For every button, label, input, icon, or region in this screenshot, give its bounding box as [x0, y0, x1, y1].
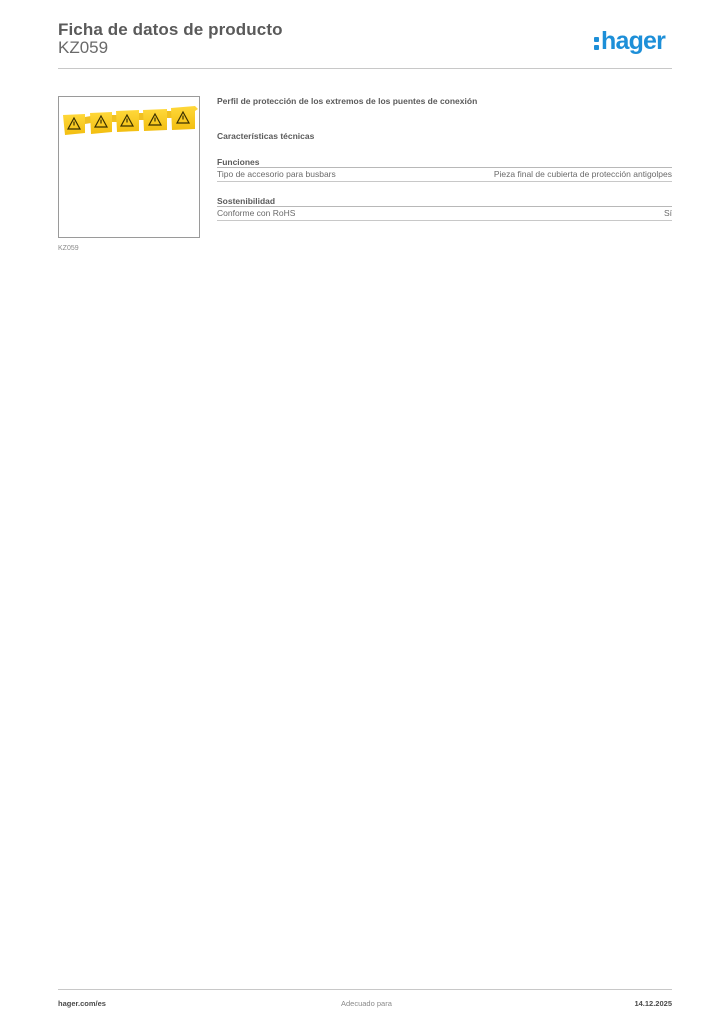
product-code: KZ059 [58, 38, 108, 58]
product-description: Perfil de protección de los extremos de … [217, 96, 477, 106]
logo-colon-icon [594, 30, 599, 52]
hager-logo: hager [594, 27, 665, 55]
spec-label: Conforme con RoHS [217, 207, 295, 220]
spec-group-title: Sostenibilidad [217, 195, 672, 207]
image-caption: KZ059 [58, 245, 79, 252]
spec-group-title: Funciones [217, 156, 672, 168]
logo-text: hager [601, 27, 665, 55]
product-image [58, 96, 200, 238]
product-datasheet-page: Ficha de datos de producto KZ059 hager [0, 0, 724, 1024]
spec-value: Sí [664, 207, 672, 220]
spec-group-sostenibilidad: Sostenibilidad Conforme con RoHS Sí [217, 195, 672, 221]
spec-value: Pieza final de cubierta de protección an… [494, 168, 672, 181]
footer-date: 14.12.2025 [634, 999, 672, 1008]
header-divider [58, 68, 672, 69]
specs-heading: Características técnicas [217, 131, 314, 141]
footer-website-link[interactable]: hager.com/es [58, 999, 106, 1008]
spec-label: Tipo de accesorio para busbars [217, 168, 336, 181]
spec-group-funciones: Funciones Tipo de accesorio para busbars… [217, 156, 672, 182]
page-title: Ficha de datos de producto [58, 20, 283, 40]
spec-row: Tipo de accesorio para busbars Pieza fin… [217, 168, 672, 182]
spec-row: Conforme con RoHS Sí [217, 207, 672, 221]
footer-suitable-for: Adecuado para [341, 999, 392, 1008]
yellow-caps-warning-icon [61, 103, 199, 143]
footer-divider [58, 989, 672, 990]
